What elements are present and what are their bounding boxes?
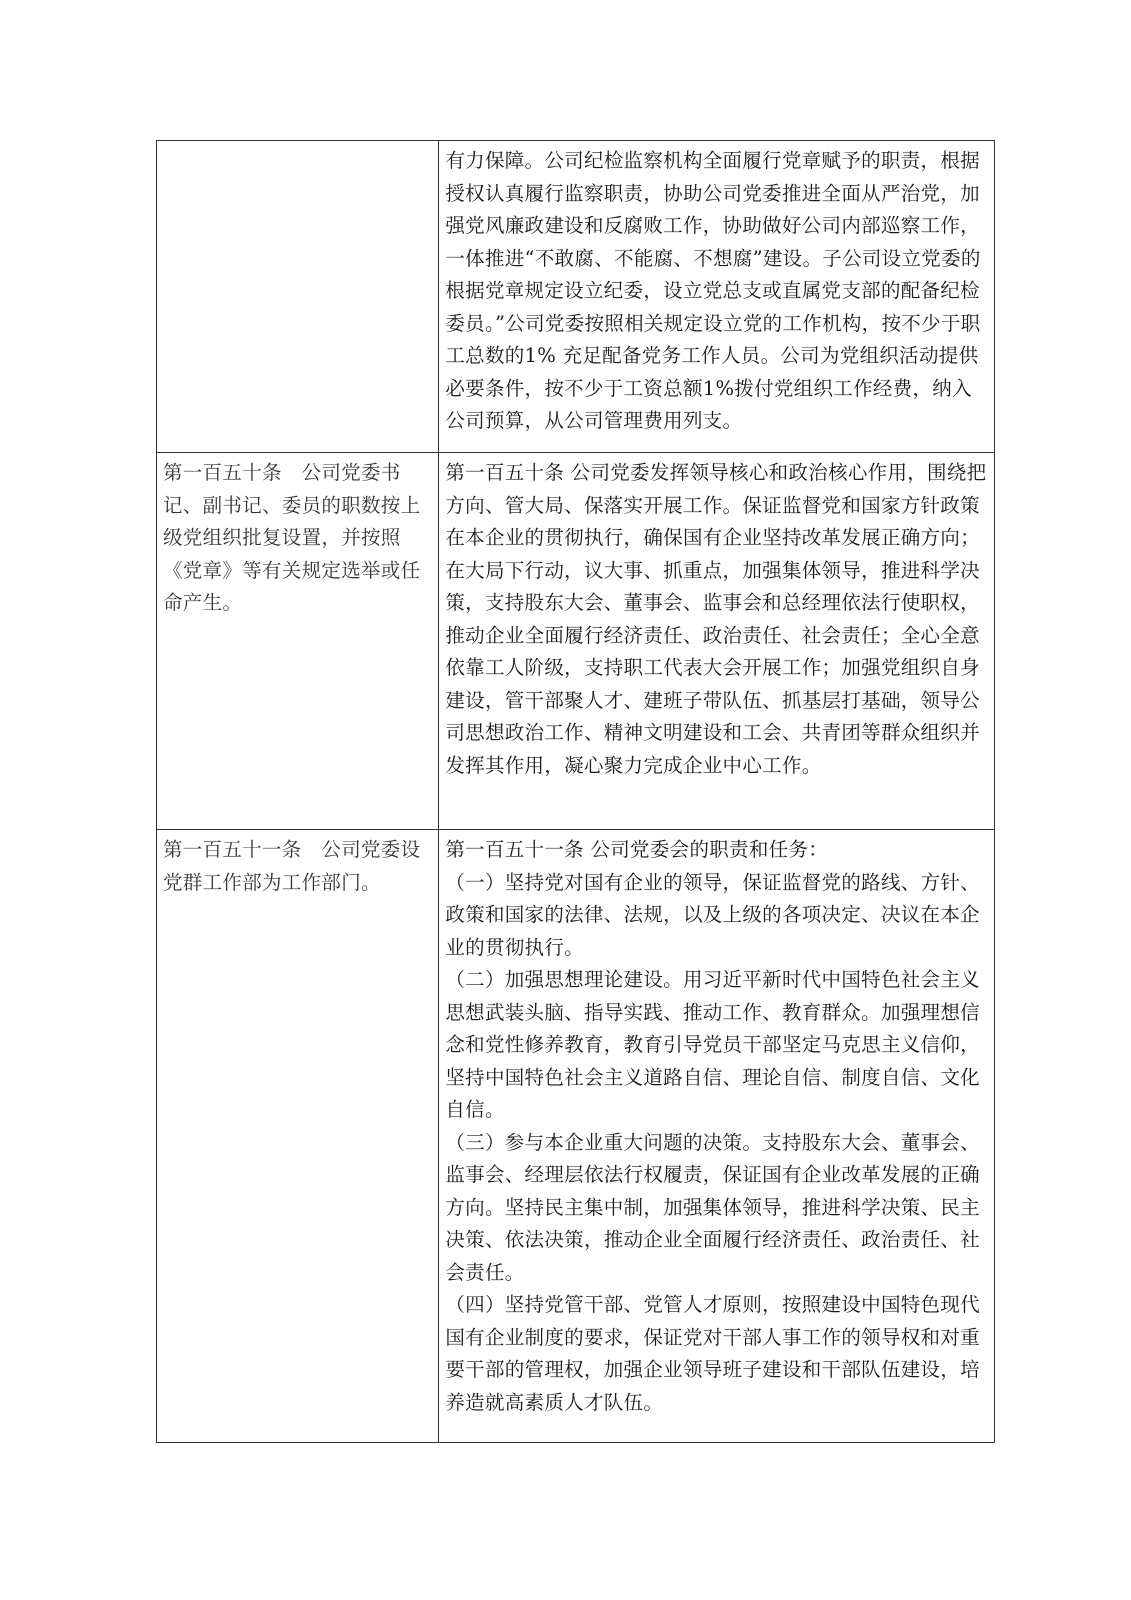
comparison-table: 有力保障。公司纪检监察机构全面履行党章赋予的职责，根据授权认真履行监察职责，协助… [156,140,995,1443]
clause-item-4: （四）坚持党管干部、党管人才原则，按照建设中国特色现代国有企业制度的要求，保证党… [445,1289,988,1419]
clause-item-1: （一）坚持党对国有企业的领导，保证监督党的路线、方针、政策和国家的法律、法规，以… [445,867,988,965]
clause-paragraph: 第一百五十条 公司党委发挥领导核心和政治核心作用，围绕把方向、管大局、保落实开展… [445,457,988,782]
document-page: 有力保障。公司纪检监察机构全面履行党章赋予的职责，根据授权认真履行监察职责，协助… [0,0,1131,1600]
revised-clause-cell: 第一百五十条 公司党委发挥领导核心和政治核心作用，围绕把方向、管大局、保落实开展… [439,453,995,830]
table-row: 第一百五十条 公司党委书记、副书记、委员的职数按上级党组织批复设置，并按照《党章… [157,453,995,830]
revised-clause-cell: 有力保障。公司纪检监察机构全面履行党章赋予的职责，根据授权认真履行监察职责，协助… [439,141,995,453]
original-clause-cell [157,141,439,453]
table-row: 第一百五十一条 公司党委设党群工作部为工作部门。 第一百五十一条 公司党委会的职… [157,830,995,1443]
original-clause-cell: 第一百五十条 公司党委书记、副书记、委员的职数按上级党组织批复设置，并按照《党章… [157,453,439,830]
clause-paragraph: 有力保障。公司纪检监察机构全面履行党章赋予的职责，根据授权认真履行监察职责，协助… [445,145,988,438]
original-clause-cell: 第一百五十一条 公司党委设党群工作部为工作部门。 [157,830,439,1443]
clause-heading: 第一百五十一条 公司党委会的职责和任务： [445,834,988,867]
revised-clause-cell: 第一百五十一条 公司党委会的职责和任务： （一）坚持党对国有企业的领导，保证监督… [439,830,995,1443]
clause-item-2: （二）加强思想理论建设。用习近平新时代中国特色社会主义思想武装头脑、指导实践、推… [445,964,988,1127]
table-row: 有力保障。公司纪检监察机构全面履行党章赋予的职责，根据授权认真履行监察职责，协助… [157,141,995,453]
clause-item-3: （三）参与本企业重大问题的决策。支持股东大会、董事会、监事会、经理层依法行权履责… [445,1127,988,1290]
